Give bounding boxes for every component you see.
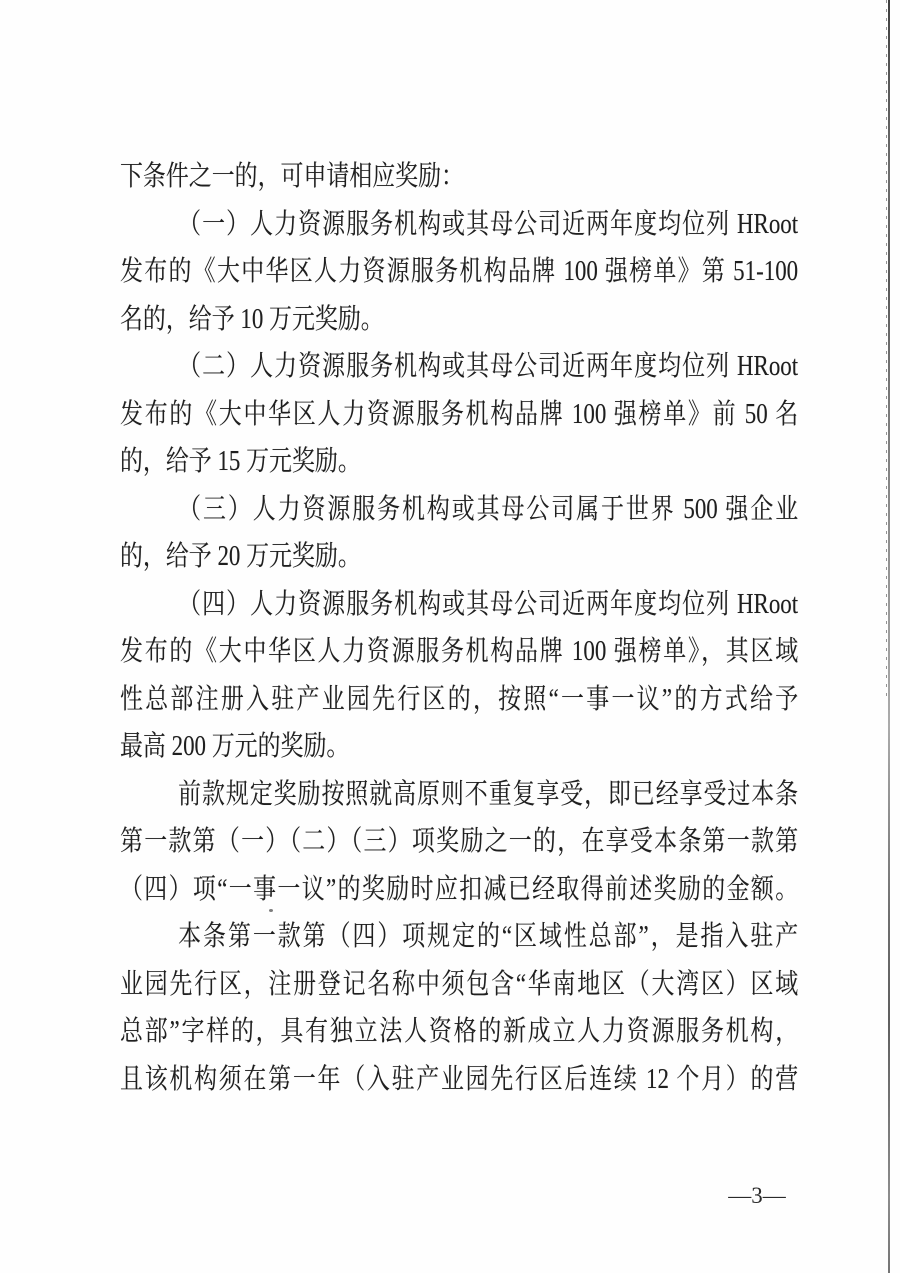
scan-edge-fuzz <box>886 0 887 700</box>
text-line: 最高 200 万元的奖励。 <box>120 723 798 771</box>
text-line: 性总部注册入驻产业园先行区的，按照“一事一议”的方式给予 <box>120 676 798 724</box>
text-line: （四）项“一事一议”的奖励时应扣减已经取得前述奖励的金额。 <box>120 866 798 914</box>
text-line: 的，给予 20 万元奖励。 <box>120 533 798 581</box>
text-line: 第一款第（一）（二）（三）项奖励之一的，在享受本条第一款第 <box>120 818 798 866</box>
text-line: 的，给予 15 万元奖励。 <box>120 438 798 486</box>
text-line: （一）人力资源服务机构或其母公司近两年度均位列 HRoot <box>120 201 798 249</box>
text-line: 本条第一款第（四）项规定的“区域性总部”，是指入驻产 <box>120 913 798 961</box>
text-line: 下条件之一的，可申请相应奖励： <box>120 153 798 201</box>
document-page: 下条件之一的，可申请相应奖励：（一）人力资源服务机构或其母公司近两年度均位列 H… <box>0 0 900 1273</box>
text-line: 前款规定奖励按照就高原则不重复享受，即已经享受过本条 <box>120 771 798 819</box>
text-line: 发布的《大中华区人力资源服务机构品牌 100 强榜单》，其区域 <box>120 628 798 676</box>
document-body: 下条件之一的，可申请相应奖励：（一）人力资源服务机构或其母公司近两年度均位列 H… <box>120 153 798 1103</box>
text-line: 总部”字样的，具有独立法人资格的新成立人力资源服务机构， <box>120 1008 798 1056</box>
scan-speck <box>269 909 273 912</box>
page-number: —3— <box>712 1183 802 1209</box>
text-line: 名的，给予 10 万元奖励。 <box>120 296 798 344</box>
text-line: 发布的《大中华区人力资源服务机构品牌 100 强榜单》前 50 名 <box>120 391 798 439</box>
text-line: 业园先行区，注册登记名称中须包含“华南地区（大湾区）区域 <box>120 961 798 1009</box>
text-line: （三）人力资源服务机构或其母公司属于世界 500 强企业 <box>120 486 798 534</box>
text-line: 发布的《大中华区人力资源服务机构品牌 100 强榜单》第 51-100 <box>120 248 798 296</box>
text-line: （四）人力资源服务机构或其母公司近两年度均位列 HRoot <box>120 581 798 629</box>
scan-edge-line <box>888 0 890 1273</box>
text-line: 且该机构须在第一年（入驻产业园先行区后连续 12 个月）的营 <box>120 1056 798 1104</box>
text-line: （二）人力资源服务机构或其母公司近两年度均位列 HRoot <box>120 343 798 391</box>
